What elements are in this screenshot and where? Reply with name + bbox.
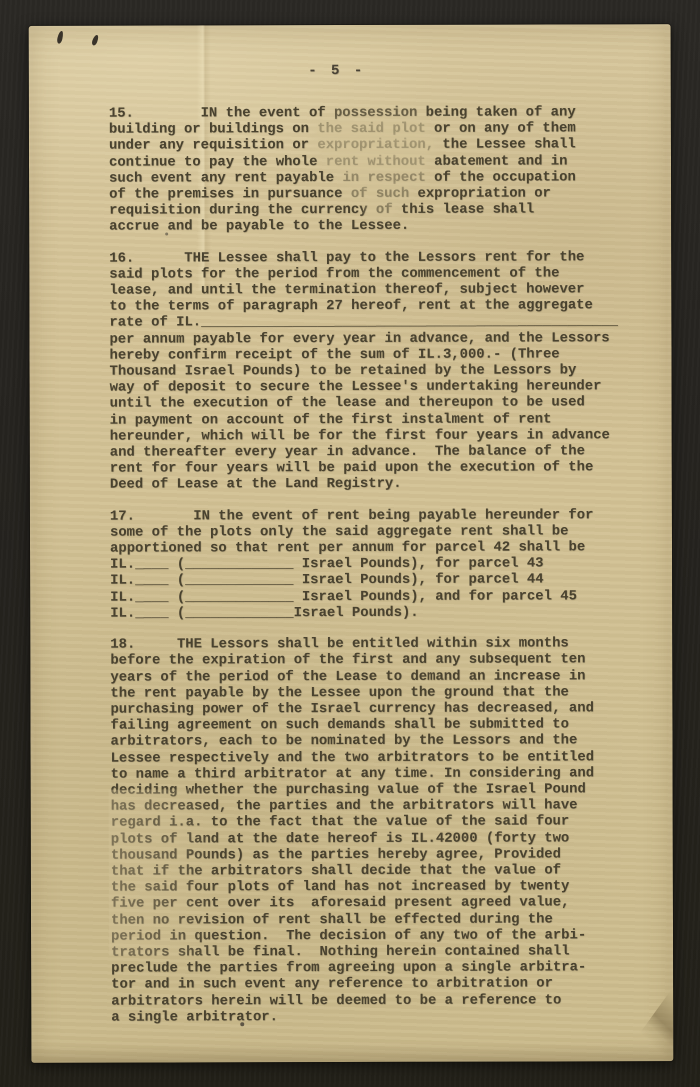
paragraph-16: 16. THE Lessee shall pay to the Lessors …	[109, 249, 640, 493]
ink-speck	[240, 1022, 244, 1026]
paragraph-15: 15. IN the event of possession being tak…	[109, 104, 639, 235]
page-number: - 5 -	[217, 63, 457, 80]
document-body: 15. IN the event of possession being tak…	[109, 104, 641, 1040]
photo-backdrop: - 5 - 15. IN the event of possession bei…	[0, 0, 700, 1087]
ink-mark	[56, 30, 64, 44]
paper-edge-shadow	[31, 1043, 673, 1063]
paragraph-18: 18. THE Lessors shall be entitled within…	[110, 635, 641, 1025]
document-page: - 5 - 15. IN the event of possession bei…	[29, 24, 674, 1063]
ink-mark	[91, 34, 99, 46]
paragraph-17: 17. IN the event of rent being payable h…	[110, 507, 640, 622]
ink-speck	[165, 232, 168, 235]
